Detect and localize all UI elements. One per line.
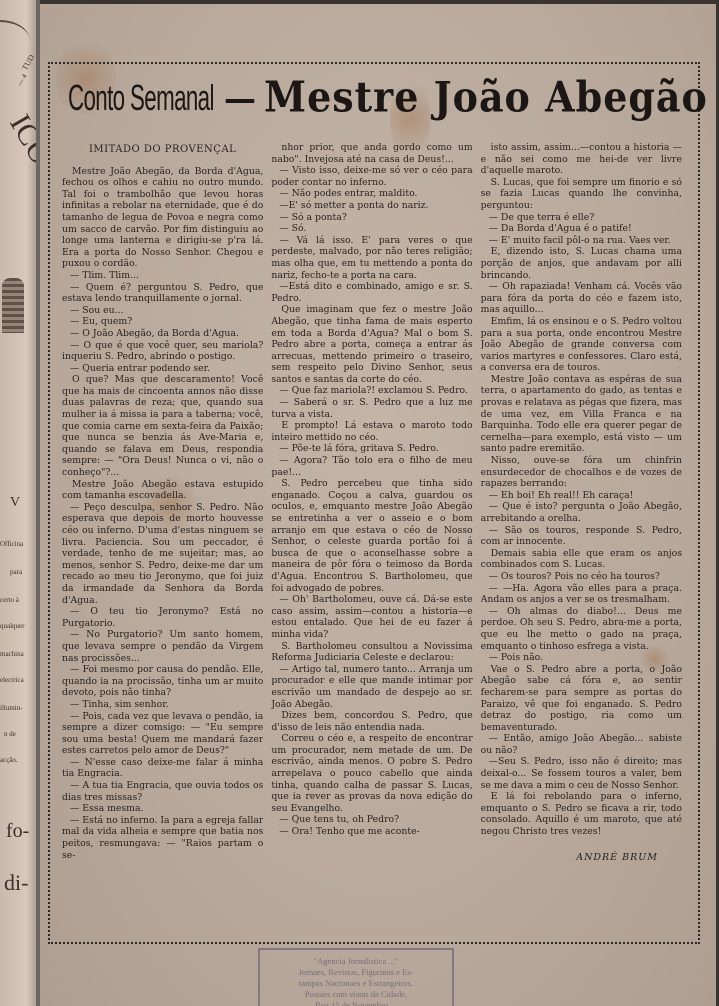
adjacent-page-text: qualquer xyxy=(0,622,25,630)
headline: Conto Semanal — Mestre João Abegão xyxy=(68,74,698,134)
newspaper-page: Conto Semanal — Mestre João Abegão IMITA… xyxy=(40,4,716,1006)
article-paragraph: — Ora! Tenho que me aconte- xyxy=(271,826,472,838)
article-paragraph: Mestre João Abegão estava estupido com t… xyxy=(62,479,263,502)
adjacent-page-edge: TUD--- 4ICOSVOfficinaparacerto àqualquer… xyxy=(0,0,38,1006)
article-paragraph: Correu o céo e, a respeito de encontrar … xyxy=(271,733,472,814)
article-paragraph: — Oh rapaziada! Venham cá. Vocês vão par… xyxy=(481,281,682,316)
tower-illustration xyxy=(2,278,24,333)
adjacent-page-text: acção. xyxy=(0,756,18,764)
article-paragraph: — Visto isso, deixe-me só ver o céo para… xyxy=(271,165,472,188)
article-paragraph: — Que é isto? pergunta o João Abegão, ar… xyxy=(481,501,682,524)
adjacent-page-text: ICOS xyxy=(2,109,38,185)
stamp-line: tampas Nacionaes e Estrangeiros. xyxy=(260,978,452,989)
article-paragraph: — Só. xyxy=(271,223,472,235)
article-paragraph: Que imaginam que fez o mestre João Abegã… xyxy=(271,304,472,385)
article-paragraph: S. Bartholomeu consultou a Novissima Ref… xyxy=(271,641,472,664)
adjacent-page-text: Officina xyxy=(0,540,23,548)
article-column-2: nhor prior, que anda gordo como um nabo"… xyxy=(271,142,472,932)
article-body: IMITADO DO PROVENÇAL Mestre João Abegão,… xyxy=(62,142,682,932)
article-paragraph: — Pois, cada vez que levava o pendão, ia… xyxy=(62,711,263,757)
adjacent-page-text: TUD xyxy=(20,53,36,72)
article-paragraph: — Saberá o sr. S. Pedro que a luz me tur… xyxy=(271,397,472,420)
article-paragraph: — Põe-te lá fóra, gritava S. Pedro. xyxy=(271,443,472,455)
article-paragraph: Dizes bem, concordou S. Pedro, que d'iss… xyxy=(271,710,472,733)
article-paragraph: — Foi mesmo por causa do pendão. Elle, q… xyxy=(62,664,263,699)
headline-dash: — xyxy=(224,80,256,118)
article-paragraph: — E' muito facil pôl-o na rua. Vaes ver. xyxy=(481,235,682,247)
article-paragraph: — Vá lá isso. E' para veres o que perdes… xyxy=(271,235,472,281)
article-paragraph: — Tlim. Tlim... xyxy=(62,270,263,282)
article-paragraph: S. Pedro percebeu que tinha sido enganad… xyxy=(271,478,472,594)
article-paragraph: Nisso, ouve-se fóra um chinfrin ensurdec… xyxy=(481,455,682,490)
adjacent-page-text: --- 4 xyxy=(16,73,29,88)
article-paragraph: O que? Mas que descaramento! Você que ha… xyxy=(62,374,263,478)
article-paragraph: — Oh almas do diabo!... Deus me perdoe. … xyxy=(481,606,682,652)
adjacent-page-text: fo- xyxy=(6,820,29,843)
article-paragraph: — Artigo tal, numero tanto... Arranja um… xyxy=(271,664,472,710)
article-paragraph: — Peço desculpa, senhor S. Pedro. Não es… xyxy=(62,502,263,606)
stamp-line: Postaes com vistas da Cidade, xyxy=(260,989,452,1000)
adjacent-page-text: electrica xyxy=(0,676,24,684)
article-paragraph: — Queria entrar podendo ser. xyxy=(62,363,263,375)
article-paragraph: — Que faz mariola?! exclamou S. Pedro. xyxy=(271,385,472,397)
article-paragraph: — De que terra é elle? xyxy=(481,212,682,224)
article-column-1: IMITADO DO PROVENÇAL Mestre João Abegão,… xyxy=(62,142,263,932)
author-signature: ANDRÉ BRUM xyxy=(481,852,658,864)
article-paragraph: S. Lucas, que foi sempre um finorio e só… xyxy=(481,177,682,212)
article-paragraph: —Seu S. Pedro, isso não é direito; mas d… xyxy=(481,756,682,791)
article-paragraph: — Da Borda d'Agua é o patife! xyxy=(481,223,682,235)
article-paragraph: — Eh boi! Eh real!! Eh caraça! xyxy=(481,490,682,502)
article-paragraph: isto assim, assim...—contou a historia —… xyxy=(481,142,682,177)
article-subtitle: IMITADO DO PROVENÇAL xyxy=(62,144,263,156)
article-paragraph: — O João Abegão, da Borda d'Agua. xyxy=(62,328,263,340)
adjacent-page-text: para xyxy=(10,568,22,576)
article-paragraph: — Então, amigo João Abegão... sabiste ou… xyxy=(481,733,682,756)
stamp-line: Rua 15 de Novembro ... xyxy=(260,1000,452,1006)
article-paragraph: E lá foi rebolando para o inferno, emqua… xyxy=(481,791,682,837)
adjacent-page-text: V xyxy=(10,495,20,511)
article-paragraph: — Oh' Bartholomeu, ouve cá. Dá-se este c… xyxy=(271,594,472,640)
article-paragraph: — A tua tia Engracia, que ouvia todos os… xyxy=(62,780,263,803)
article-paragraph: — Não podes entrar, maldito. xyxy=(271,188,472,200)
article-paragraph: — Os touros? Pois no céo ha touros? xyxy=(481,571,682,583)
article-paragraph: — Está no inferno. Ia para a egreja fall… xyxy=(62,815,263,861)
article-paragraph: — Só a ponta? xyxy=(271,212,472,224)
article-paragraph: — Agora? Tão tolo era o filho de meu pae… xyxy=(271,455,472,478)
article-paragraph: — Eu, quem? xyxy=(62,316,263,328)
article-paragraph: Emfim, lá os ensinou e o S. Pedro voltou… xyxy=(481,316,682,374)
article-paragraph: — Essa mesma. xyxy=(62,803,263,815)
article-paragraph: Demais sabia elle que eram os anjos comb… xyxy=(481,548,682,571)
article-paragraph: Vae o S. Pedro abre a porta, o João Abeg… xyxy=(481,664,682,734)
library-stamp: "Agencia Jornalistica ..."Jornaes, Revis… xyxy=(258,948,454,1006)
headline-kicker: Conto Semanal xyxy=(68,77,161,119)
article-paragraph: — Sou eu... xyxy=(62,305,263,317)
article-paragraph: Mestre João Abegão, da Borda d'Agua, fec… xyxy=(62,166,263,270)
headline-title: Mestre João Abegão xyxy=(264,72,708,122)
article-paragraph: — São os touros, responde S. Pedro, com … xyxy=(481,525,682,548)
article-column-3: isto assim, assim...—contou a historia —… xyxy=(481,142,682,932)
article-paragraph: — Tinha, sim senhor. xyxy=(62,699,263,711)
adjacent-page-text: di- xyxy=(4,870,28,896)
stamp-line: "Agencia Jornalistica ..." xyxy=(260,956,452,967)
article-paragraph: — N'esse caso deixe-me falar á minha tia… xyxy=(62,757,263,780)
stamp-line: Jornaes, Revistas, Figurinos e Es- xyxy=(260,967,452,978)
adjacent-page-text: n de xyxy=(4,730,16,738)
article-paragraph: — Que tens tu, oh Pedro? xyxy=(271,814,472,826)
adjacent-page-text: machina xyxy=(0,650,24,658)
adjacent-page-text: certo à xyxy=(0,596,19,604)
article-paragraph: —E' só metter a ponta do nariz. xyxy=(271,200,472,212)
article-paragraph: Mestre João contava as espéras de sua te… xyxy=(481,374,682,455)
article-paragraph: —Está dito e combinado, amigo e sr. S. P… xyxy=(271,281,472,304)
adjacent-page-text: illumin- xyxy=(0,704,23,712)
article-paragraph: — —Ha. Agora vão elles para a praça. And… xyxy=(481,583,682,606)
article-paragraph: — Pois não. xyxy=(481,652,682,664)
article-paragraph: — No Purgatorio? Um santo homem, que lev… xyxy=(62,629,263,664)
article-paragraph: — O que é que você quer, seu mariola? in… xyxy=(62,340,263,363)
article-paragraph: E, dizendo isto, S. Lucas chama uma porç… xyxy=(481,246,682,281)
article-paragraph: E prompto! Lá estava o maroto todo intei… xyxy=(271,420,472,443)
article-paragraph: — O teu tio Jeronymo? Está no Purgatorio… xyxy=(62,606,263,629)
article-paragraph: nhor prior, que anda gordo como um nabo"… xyxy=(271,142,472,165)
article-paragraph: — Quem é? perguntou S. Pedro, que estava… xyxy=(62,282,263,305)
